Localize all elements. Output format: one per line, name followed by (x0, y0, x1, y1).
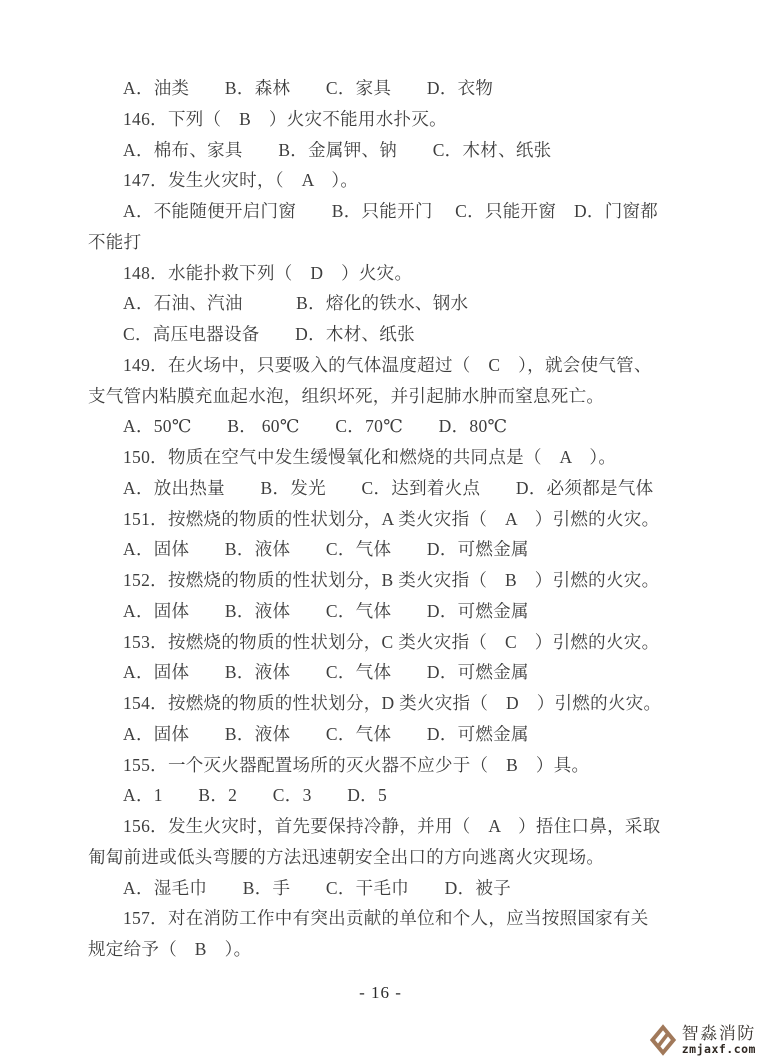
doc-line: A．湿毛巾 B．手 C．干毛巾 D．被子 (88, 873, 688, 904)
doc-line: 支气管内粘膜充血起水泡，组织坏死，并引起肺水肿而窒息死亡。 (88, 381, 688, 412)
doc-line: 150．物质在空气中发生缓慢氧化和燃烧的共同点是（ A ）。 (88, 442, 688, 473)
page-number: - 16 - (0, 983, 761, 1003)
doc-line: 154．按燃烧的物质的性状划分，D 类火灾指（ D ）引燃的火灾。 (88, 688, 688, 719)
doc-line: A．不能随便开启门窗 B．只能开门 C．只能开窗 D．门窗都 (88, 196, 688, 227)
doc-line: 148．水能扑救下列（ D ）火灾。 (88, 258, 688, 289)
doc-line: 155．一个灭火器配置场所的灭火器不应少于（ B ）具。 (88, 750, 688, 781)
doc-line: 153．按燃烧的物质的性状划分，C 类火灾指（ C ）引燃的火灾。 (88, 627, 688, 658)
watermark-brand-name: 智淼消防 (682, 1025, 756, 1042)
document-page: A．油类 B．森林 C．家具 D．衣物 146．下列（ B ）火灾不能用水扑灭。… (0, 0, 761, 1060)
doc-line: A．石油、汽油 B．熔化的铁水、钢水 (88, 288, 688, 319)
doc-line: A．固体 B．液体 C．气体 D．可燃金属 (88, 657, 688, 688)
doc-line: 146．下列（ B ）火灾不能用水扑灭。 (88, 104, 688, 135)
doc-line: C．高压电器设备 D．木材、纸张 (88, 319, 688, 350)
question-text-block: A．油类 B．森林 C．家具 D．衣物 146．下列（ B ）火灾不能用水扑灭。… (88, 73, 688, 965)
doc-line: A．油类 B．森林 C．家具 D．衣物 (88, 73, 688, 104)
doc-line: 147．发生火灾时，（ A ）。 (88, 165, 688, 196)
doc-line: A．固体 B．液体 C．气体 D．可燃金属 (88, 596, 688, 627)
doc-line: 149．在火场中，只要吸入的气体温度超过（ C ），就会使气管、 (88, 350, 688, 381)
watermark: 智淼消防 zmjaxf.com (649, 1023, 756, 1057)
doc-line: 不能打 (88, 227, 688, 258)
doc-line: A．固体 B．液体 C．气体 D．可燃金属 (88, 719, 688, 750)
doc-line: 157．对在消防工作中有突出贡献的单位和个人，应当按照国家有关 (88, 903, 688, 934)
doc-line: 152．按燃烧的物质的性状划分，B 类火灾指（ B ）引燃的火灾。 (88, 565, 688, 596)
watermark-text: 智淼消防 zmjaxf.com (682, 1025, 756, 1056)
doc-line: A．1 B．2 C．3 D．5 (88, 780, 688, 811)
doc-line: 151．按燃烧的物质的性状划分，A 类火灾指（ A ）引燃的火灾。 (88, 504, 688, 535)
doc-line: A．放出热量 B．发光 C．达到着火点 D．必须都是气体 (88, 473, 688, 504)
doc-line: 156．发生火灾时，首先要保持冷静，并用（ A ）捂住口鼻，采取 (88, 811, 688, 842)
doc-line: A．50℃ B． 60℃ C．70℃ D．80℃ (88, 411, 688, 442)
doc-line: 规定给予（ B ）。 (88, 934, 688, 965)
diamond-z-logo-icon (649, 1023, 677, 1057)
doc-line: A．固体 B．液体 C．气体 D．可燃金属 (88, 534, 688, 565)
doc-line: 匍匐前进或低头弯腰的方法迅速朝安全出口的方向逃离火灾现场。 (88, 842, 688, 873)
watermark-site-url: zmjaxf.com (682, 1044, 756, 1056)
doc-line: A．棉布、家具 B．金属钾、钠 C．木材、纸张 (88, 135, 688, 166)
